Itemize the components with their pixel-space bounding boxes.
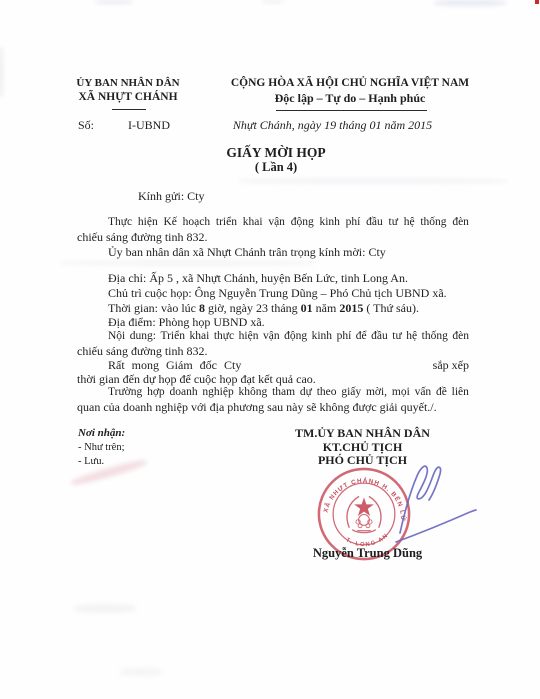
doc-title: GIẤY MỜI HỌP (176, 145, 376, 161)
motto-underline (276, 110, 427, 111)
signing-authority-line1: TM.ỦY BAN NHÂN DÂN (280, 426, 445, 440)
scan-smudge (95, 0, 133, 4)
time-text: năm (313, 301, 340, 315)
time-text: giờ, ngày 23 tháng (205, 301, 301, 315)
body-paragraph-line: ThựchiệnKếhoạchtriểnkhaivậnđộngkinhphíđầ… (108, 216, 469, 230)
time-text: Thời gian: vào lúc (108, 301, 199, 315)
request-continuation: thời gian đến dự họp để cuộc họp đạt kết… (77, 372, 316, 386)
doc-title-attempt: ( Lần 4) (176, 160, 376, 175)
invitation-line: Ủy ban nhân dân xã Nhựt Chánh trân trọng… (108, 245, 386, 259)
detail-chairperson: Chủ trì cuộc họp: Ông Nguyễn Trung Dũng … (108, 286, 447, 300)
recipient-item: - Lưu. (78, 456, 104, 469)
request-left-text: Rất mong Giám đốc Cty (108, 358, 241, 372)
time-year: 2015 (339, 301, 363, 315)
detail-content-line: chiếu sáng đường tinh 832. (77, 344, 208, 358)
detail-content-line: Nộidung:Triểnkhaithựchiệnvậnđộngkinhphíđ… (108, 330, 469, 344)
scan-smudge (262, 0, 284, 3)
scan-smudge (434, 0, 506, 6)
request-right-text: sắp xếp (433, 358, 469, 372)
signature (355, 445, 490, 555)
detail-address: Địa chỉ: Ấp 5 , xã Nhựt Chánh, huyện Bến… (108, 271, 408, 285)
org-name-line1: ỦY BAN NHÂN DÂN (48, 77, 208, 90)
place-date-line: Nhựt Chánh, ngày 19 tháng 01 năm 2015 (215, 118, 450, 132)
national-motto-line2: Độc lập – Tự do – Hạnh phúc (222, 91, 478, 105)
scan-red-dot (535, 0, 539, 4)
detail-location: Địa điểm: Phòng họp UBND xã. (108, 315, 265, 329)
request-line: Rất mong Giám đốc Cty sắp xếp (108, 358, 469, 372)
warning-line: quan của doanh nghiệp với địa phương sau… (77, 400, 437, 414)
national-motto-line1: CỘNG HÒA XÃ HỘI CHỦ NGHĨA VIỆT NAM (222, 77, 478, 91)
warning-line: Trườnghợpdoanhnghiệpkhôngthamdựtheogiấym… (108, 386, 469, 400)
scan-smudge (0, 46, 3, 98)
scan-smudge (120, 668, 162, 676)
document-page: ỦY BAN NHÂN DÂN XÃ NHỰT CHÁNH CỘNG HÒA X… (0, 0, 540, 699)
doc-number-label: Số: (78, 118, 94, 132)
recipients-label: Nơi nhận: (78, 427, 125, 440)
scan-smudge (74, 604, 136, 613)
org-name-line2: XÃ NHỰT CHÁNH (48, 91, 208, 105)
doc-number-value: I-UBND (128, 118, 170, 132)
body-paragraph-line: chiếu sáng đường tinh 832. (77, 230, 208, 244)
salutation: Kính gửi: Cty (138, 189, 205, 203)
detail-time: Thời gian: vào lúc 8 giờ, ngày 23 tháng … (108, 301, 419, 315)
recipient-item: - Như trên; (78, 442, 125, 455)
org-underline (112, 109, 146, 110)
scan-smudge (60, 261, 315, 265)
signer-name: Nguyễn Trung Dũng (290, 546, 445, 561)
time-text: ( Thứ sáu). (363, 301, 419, 315)
scan-smudge (238, 179, 508, 183)
time-month: 01 (301, 301, 313, 315)
